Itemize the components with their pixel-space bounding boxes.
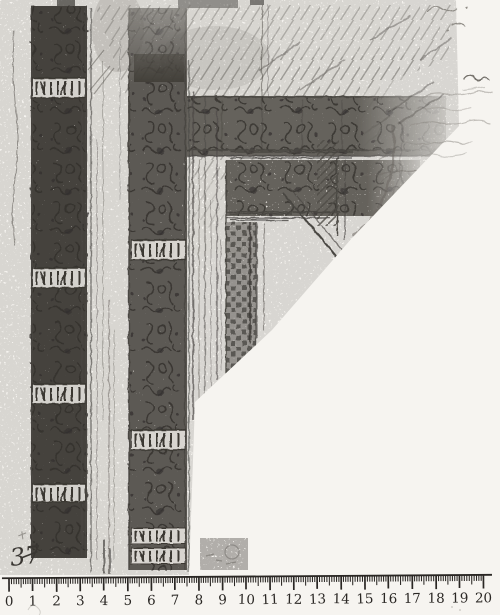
ruler-number: 18 xyxy=(428,591,445,607)
ruler-number: 6 xyxy=(147,593,156,609)
ruler-number: 2 xyxy=(52,593,61,609)
ruler-number: 12 xyxy=(285,591,303,607)
ruler-number: 8 xyxy=(194,592,203,608)
rubbing-scan: 37 01234567891011121314151617181920 xyxy=(0,0,500,615)
bottom-fragment-patch xyxy=(200,538,248,570)
ruler-number: 3 xyxy=(76,593,85,609)
ruler-number: 17 xyxy=(404,591,422,607)
ruler-number: 19 xyxy=(451,590,468,606)
scanned-plate-page: 37 01234567891011121314151617181920 xyxy=(0,0,500,615)
ruler-number: 16 xyxy=(380,591,397,607)
ruler-number: 5 xyxy=(123,593,132,609)
ruler-number: 9 xyxy=(218,592,227,608)
ruler-number: 0 xyxy=(5,594,14,610)
ruler-number: 4 xyxy=(100,593,109,609)
ruler-number: 11 xyxy=(261,592,279,609)
ruler-number: 15 xyxy=(356,591,374,608)
ruler-number: 13 xyxy=(309,591,327,608)
middle-ornament-band xyxy=(129,8,189,572)
ruler-number: 7 xyxy=(171,592,180,608)
ruler-number: 20 xyxy=(475,590,492,606)
ruler-number: 10 xyxy=(238,592,256,608)
ruler-number: 14 xyxy=(332,591,350,607)
left-ornament-band xyxy=(31,6,87,558)
